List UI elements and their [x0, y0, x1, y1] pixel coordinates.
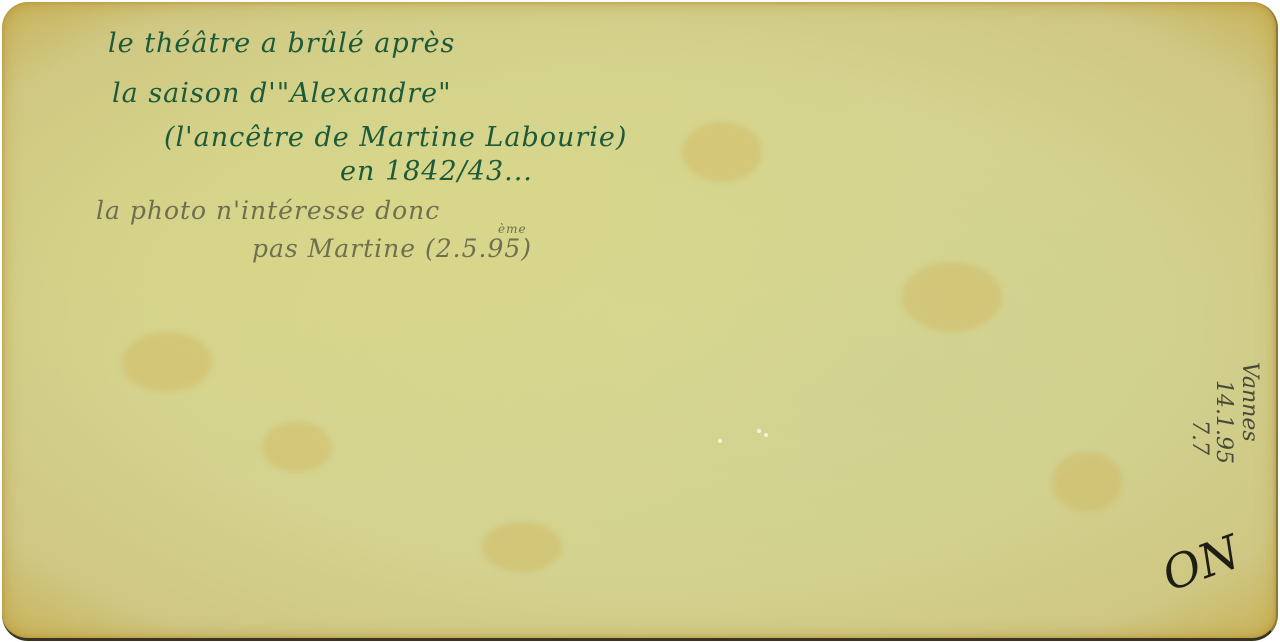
speck [757, 429, 761, 433]
margin-note-line-3: 7.7 [1187, 420, 1212, 455]
stain [482, 522, 562, 572]
green-note-line-1: le théâtre a brûlé après [108, 28, 455, 59]
green-note-line-4: en 1842/43... [340, 156, 533, 187]
speck [718, 439, 722, 443]
pencil-note-line-2: pas Martine (2.5.95) [252, 234, 532, 263]
speck [764, 433, 768, 437]
margin-note-line-2: 14.1.95 [1211, 380, 1236, 464]
green-note-line-3: (l'ancêtre de Martine Labourie) [164, 122, 627, 153]
green-note-line-2: la saison d'"Alexandre" [112, 78, 452, 109]
stain [262, 422, 332, 472]
pencil-note-superscript: ème [498, 222, 527, 236]
stain [682, 122, 762, 182]
pencil-note-line-1: la photo n'intéresse donc [96, 196, 440, 225]
stain [902, 262, 1002, 332]
stain [1052, 452, 1122, 512]
margin-note-line-1: Vannes [1237, 362, 1262, 442]
stain [122, 332, 212, 392]
